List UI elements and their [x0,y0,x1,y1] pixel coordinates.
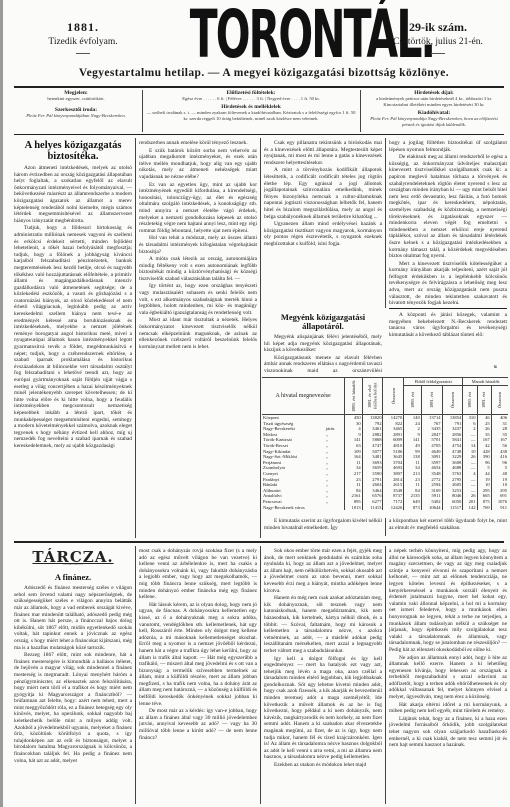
cell-value: 11517 [442,505,463,511]
year: 1881. [38,20,128,35]
header-label: Összesen [391,378,397,414]
header-label: 1880. évi [467,389,473,411]
subheader: 1881. évi [477,386,491,415]
cell-value: 10644 [421,505,442,511]
page-edge [0,0,3,807]
stats-section-right: A központi és járási közegek, valamint a… [389,312,507,372]
header-label: 1881. év első felében befolyt [367,378,378,414]
paragraph: A mióta csak létezik az ország, autonomi… [139,256,257,282]
cell-value: 142 [463,505,477,511]
paragraph: E szük batárok között sorba nem vehetvén… [139,148,257,181]
paragraph: A mint a törvényhozás kodifikált állapot… [264,167,382,220]
paragraph: Azon átmeneti intézkedések, melyek az ut… [14,165,132,224]
article-column-1: A helyes közigazgatás biztosítéka. Azon … [14,140,132,535]
tarcza-column-1: TÁRCZA. —∽◦∽— A finánez. Adószedő és fin… [14,548,132,805]
column-divider [385,518,386,536]
subscription-info: Megjelen: hetenkint egyszer, csütörtökön… [14,90,504,132]
paragraph: Igy kell a dolgot fölfogni és így kell e… [264,656,382,762]
paragraph: De most már az a kérdés: igy van-e jobba… [139,708,257,741]
paragraph: a népek terhén könnyíteni, míg pedig agy… [389,548,507,654]
tarcza-column-2: most csak a dohányzás rovjá szokása fize… [139,548,257,805]
paragraph: Hol van tehát a módozat, mely az összes … [139,235,257,255]
paragraph: rendszerben annak emelése körül tényező … [139,140,257,147]
issue-number: 29-ik szám. [388,20,488,35]
subtitle: Vegyestartalmu hetilap. — A megyei közig… [64,67,464,79]
info-hirdetesek: Hirdetések díjai: a hirdetmények petitso… [364,90,504,132]
header-label: 1880. évi hátralék [351,378,357,414]
paragraph: De elakitsuk meg az állami rendszerből l… [389,154,507,260]
info-megjelen: Megjelen: hetenkint egyszer, csütörtökön… [14,90,138,132]
info-text: a hirdetmények petitsor után hirdetésekn… [364,96,504,108]
stats-heading: Megyénk közigazgatási állapotáról. [264,313,382,331]
column-divider [260,138,261,538]
header-label: Összesen [450,389,456,411]
header-c1: 1880. évi hátralék [345,378,362,415]
table-row: Nagy-Becskerek város10131141312426873106… [262,505,508,511]
subheader: 1880. évi [404,386,421,415]
paragraph: A központi és járási közegek, valamint a… [389,312,507,338]
info-text: Pleitz Fer. Pál könyvnyomdájában Nagy-Be… [14,113,138,119]
feuilleton-title: TÁRCZA. [14,554,132,561]
issue-date: Csötörtök, julius 21-én. [388,37,488,47]
header-group2: Maradt hátralék [463,378,508,386]
office-name: Nagy-Becskerek város [262,505,325,511]
paragraph: Közigazgatásunk menete az elavult félévb… [264,355,382,372]
subheader: 1880. évi [463,386,477,415]
cell-value: 873 [404,505,421,511]
column-divider [385,546,386,804]
paragraph: Mert a kinevezett tisztviselők kötelessé… [389,261,507,305]
stats-outro-right: a központban két ezerrel több ügydarab f… [389,518,507,538]
paragraph: Hát lássuk kérem, az is olyan dolog, hog… [139,602,257,708]
district-label [325,505,345,511]
header-office: A hivatal megnevezése [262,378,345,415]
column-divider [135,138,136,538]
article-headline: A helyes közigazgatás biztosítéka. [14,140,132,162]
paragraph: E kimutatás szerint az ügyforgalom kivét… [264,518,382,531]
paragraph: Tudjuk, hogy a földesuri birtokosság és … [14,225,132,449]
cell-value: 769 [477,505,491,511]
divider [431,53,445,54]
column-divider [385,138,386,308]
feuilleton-subtitle: A finánez. [14,573,132,582]
masthead-left: 1881. Tizedik évfolyam. [38,20,128,54]
divider [142,90,143,132]
paragraph: Ezekben az utakon és módokon lehet majd [264,762,382,769]
paragraph: Ugyanezen állam mind erdélyvései hazánk … [264,221,382,247]
info-rule [14,134,504,135]
divider [76,53,90,54]
divider [389,308,507,309]
header-label: 1881. évi [481,389,487,411]
tarcza-column-3: Sok okos ember törte már ezen a fejét, g… [264,548,382,805]
paragraph: Ez van az egyetlen ügy, mint az ujabb ko… [139,182,257,235]
masthead-right: 29-ik szám. Csötörtök, julius 21-én. [388,20,488,54]
paragraph: Igy történt az, hogy ezen országhas teny… [139,283,257,316]
article-column-2: rendszerben annak emelése körül tényező … [139,140,257,535]
paragraph: Hanem én még nem csak azokat adóztatnám … [264,595,382,654]
header-label: 1880. évi [410,389,416,411]
paragraph: Adószedő és finánez mesterség széles e v… [14,585,132,651]
table-header-row: A hivatal megnevezése 1880. évi hátralék… [262,378,508,386]
subheader: 1881. évi [421,386,442,415]
header-label: 1881. évi [429,389,435,411]
paragraph: Hát akarja eltérni időrel a mi kormányun… [389,702,507,715]
feuilleton-rule [14,541,504,543]
divider [360,90,361,132]
paragraph: Bezzeg 1867 előtt, mint sok mindenre, há… [14,652,132,764]
info-text: hetenkint egyszer, csütörtökön. [14,96,138,102]
cell-value: 11413 [362,505,383,511]
tarcza-column-4: a népek terhén könnyíteni, míg pedig agy… [389,548,507,805]
paragraph: hogy a jogilag föltétlen biztosítékai úf… [389,140,507,153]
header-label: A hivatal megnevezése [275,393,330,399]
header-c3: Összesen [383,378,404,415]
column-divider [135,546,136,804]
paragraph: Látjátok tehát, hogy az a finánez, ki a … [389,716,507,749]
table-body: Központ450138201427014013714138543104640… [262,415,508,511]
stats-outro-left: E kimutatás szerint az ügyforgalom kivét… [264,518,382,538]
paragraph: Megyénk alispánjának félévi jelentéséből… [264,334,382,354]
info-text: Pleitz Fer. Pál könyvnyomdája Nagy-Becsk… [364,116,504,128]
info-elofizetesi: Előfizetési föltételek: Egész évre . . .… [146,90,356,132]
header-c2: 1881. év első felében befolyt [362,378,383,415]
volume: Tizedik évfolyam. [38,37,128,47]
paragraph: Csak egy pillanatra tekintsünk a birósko… [264,140,382,166]
newspaper-page: 1881. Tizedik évfolyam. TORONTÁL. 29-ik … [4,0,510,807]
header-group1: Ebből feldolgoztatott [404,378,463,386]
masthead-rule [14,86,504,88]
header-label: Összesen [497,389,503,411]
page-mark: ҩ [494,364,497,370]
article-column-4: hogy a jogilag föltétlen biztosítékai úf… [389,140,507,305]
statistics-table: A hivatal megnevezése 1880. évi hátralék… [262,377,508,510]
cell-value: 911 [491,505,508,511]
paragraph: a központban két ezerrel több ügydarab f… [389,518,507,531]
paragraph: Sok okos ember törte már ezen a fejét, g… [264,548,382,594]
cell-value: 12426 [383,505,404,511]
info-text: — szóbeli irodának s. i. — minden zyakra… [146,110,356,122]
column-divider [260,546,261,804]
article-column-3: Csak egy pillanatra tekintsünk a birósko… [264,140,382,305]
paragraph: Ne adjon az államnak ennyi adót, hogy ö … [389,655,507,701]
paragraph: most csak a dohányzás rovjá szokása fize… [139,548,257,601]
newspaper-title: TORONTÁL. [190,2,333,68]
masthead: 1881. Tizedik évfolyam. TORONTÁL. 29-ik … [4,0,510,86]
subheader: Összesen [442,386,463,415]
paragraph: Most az idaut már tisztultak a nézetek. … [139,317,257,350]
cell-value: 1013 [345,505,362,511]
info-text: Egész évre . . . . . . 6 ft. | Félévre .… [146,96,356,102]
subheader: Összesen [491,386,508,415]
stats-section-left: Megyénk közigazgatási állapotáról. Megyé… [264,310,382,372]
